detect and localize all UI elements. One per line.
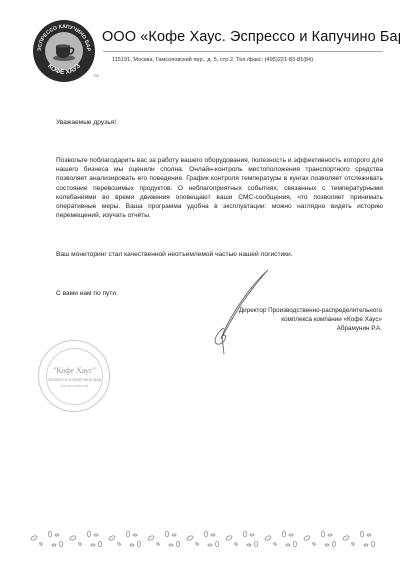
svg-text:КОФЕ ХАУЗ: КОФЕ ХАУЗ — [46, 63, 82, 77]
signer-title-line1: Директор Производственно-распределительн… — [239, 306, 382, 315]
letter-body: Позвольте поблагодарить вас за работу ва… — [56, 156, 383, 220]
trademark-mark: TM — [93, 73, 99, 78]
signature-block: Директор Производственно-распределительн… — [239, 306, 382, 334]
signer-name: Абрамунин Р.А. — [239, 324, 382, 333]
monitoring-statement: Ваш мониторинг стал качественной неотъем… — [56, 250, 293, 259]
coffee-beans-icon — [30, 530, 380, 560]
company-name: ООО «Кофе Хаус. Эспрессо и Капучино Бар» — [102, 29, 400, 45]
greeting: Уважаемые друзья! — [56, 118, 116, 127]
stamp-center: "Кофе Хаус" Эспрессо и Капучино Бар ДЛЯ … — [46, 348, 103, 405]
farewell: С вами нам по пути. — [56, 289, 118, 298]
company-stamp: "Кофе Хаус" Эспрессо и Капучино Бар ДЛЯ … — [38, 340, 110, 412]
stamp-small-text: ДЛЯ ДОКУМЕНТОВ — [61, 384, 89, 388]
logo-ring: ЭСПРЕССО КАПУЧИНО БАР КОФЕ ХАУЗ — [33, 20, 95, 82]
company-address: 115191, Москва, Гамсоновский пер., д. 5,… — [112, 57, 313, 63]
stamp-title: "Кофе Хаус" — [53, 366, 96, 375]
header-divider — [103, 51, 383, 52]
stamp-subtitle: Эспрессо и Капучино Бар — [48, 377, 102, 382]
svg-text:ЭСПРЕССО КАПУЧИНО БАР: ЭСПРЕССО КАПУЧИНО БАР — [37, 24, 91, 52]
signer-title-line2: комплекса компании «Кофе Хаус» — [239, 315, 382, 324]
company-logo: ЭСПРЕССО КАПУЧИНО БАР КОФЕ ХАУЗ — [33, 20, 95, 82]
